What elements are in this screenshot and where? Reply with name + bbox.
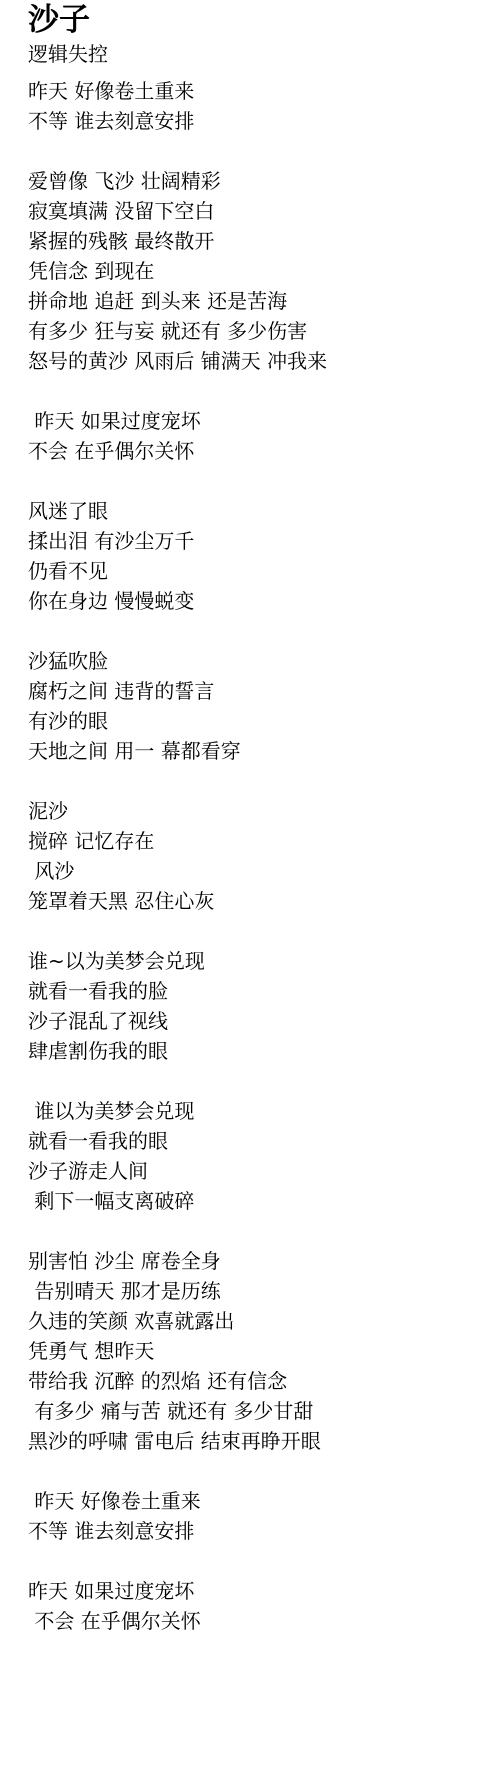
lyrics-line: 沙子混乱了视线 <box>28 1006 490 1036</box>
lyrics-line: 搅碎 记忆存在 <box>28 826 490 856</box>
lyrics-line: 剩下一幅支离破碎 <box>28 1186 490 1216</box>
lyrics-stanza: 昨天 如果过度宠坏 不会 在乎偶尔关怀 <box>28 1576 490 1636</box>
lyrics-line: 谁~以为美梦会兑现 <box>28 946 490 976</box>
lyrics-line: 拼命地 追赶 到头来 还是苦海 <box>28 286 490 316</box>
lyrics-line: 不会 在乎偶尔关怀 <box>28 436 490 466</box>
lyrics: 昨天 好像卷土重来不等 谁去刻意安排爱曾像 飞沙 壮阔精彩寂寞填满 没留下空白紧… <box>28 76 490 1636</box>
lyrics-line: 昨天 好像卷土重来 <box>28 76 490 106</box>
lyrics-stanza: 谁以为美梦会兑现就看一看我的眼沙子游走人间 剩下一幅支离破碎 <box>28 1096 490 1216</box>
lyrics-stanza: 爱曾像 飞沙 壮阔精彩寂寞填满 没留下空白紧握的残骸 最终散开凭信念 到现在拼命… <box>28 166 490 376</box>
lyrics-stanza: 泥沙搅碎 记忆存在 风沙笼罩着天黑 忍住心灰 <box>28 796 490 916</box>
lyrics-line: 别害怕 沙尘 席卷全身 <box>28 1246 490 1276</box>
lyrics-line: 带给我 沉醉 的烈焰 还有信念 <box>28 1366 490 1396</box>
lyrics-line: 腐朽之间 违背的誓言 <box>28 676 490 706</box>
lyrics-line: 紧握的残骸 最终散开 <box>28 226 490 256</box>
lyrics-line: 笼罩着天黑 忍住心灰 <box>28 886 490 916</box>
lyrics-line: 就看一看我的脸 <box>28 976 490 1006</box>
lyrics-line: 风迷了眼 <box>28 496 490 526</box>
lyrics-line: 昨天 好像卷土重来 <box>28 1486 490 1516</box>
lyrics-line: 凭勇气 想昨天 <box>28 1336 490 1366</box>
lyrics-line: 有多少 痛与苦 就还有 多少甘甜 <box>28 1396 490 1426</box>
lyrics-line: 谁以为美梦会兑现 <box>28 1096 490 1126</box>
lyrics-line: 久违的笑颜 欢喜就露出 <box>28 1306 490 1336</box>
lyrics-line: 告别晴天 那才是历练 <box>28 1276 490 1306</box>
lyrics-stanza: 沙猛吹脸腐朽之间 违背的誓言有沙的眼天地之间 用一 幕都看穿 <box>28 646 490 766</box>
lyrics-line: 沙子游走人间 <box>28 1156 490 1186</box>
lyrics-line: 寂寞填满 没留下空白 <box>28 196 490 226</box>
lyrics-page: 沙子 逻辑失控 昨天 好像卷土重来不等 谁去刻意安排爱曾像 飞沙 壮阔精彩寂寞填… <box>0 0 500 1636</box>
lyrics-line: 天地之间 用一 幕都看穿 <box>28 736 490 766</box>
lyrics-stanza: 昨天 好像卷土重来不等 谁去刻意安排 <box>28 1486 490 1546</box>
lyrics-line: 黑沙的呼啸 雷电后 结束再睁开眼 <box>28 1426 490 1456</box>
lyrics-line: 不会 在乎偶尔关怀 <box>28 1606 490 1636</box>
song-title: 沙子 <box>28 2 490 39</box>
lyrics-line: 怒号的黄沙 风雨后 铺满天 冲我来 <box>28 346 490 376</box>
artist-name: 逻辑失控 <box>28 39 490 69</box>
lyrics-line: 肆虐割伤我的眼 <box>28 1036 490 1066</box>
lyrics-line: 爱曾像 飞沙 壮阔精彩 <box>28 166 490 196</box>
lyrics-line: 你在身边 慢慢蜕变 <box>28 586 490 616</box>
lyrics-line: 沙猛吹脸 <box>28 646 490 676</box>
lyrics-stanza: 昨天 如果过度宠坏不会 在乎偶尔关怀 <box>28 406 490 466</box>
lyrics-line: 昨天 如果过度宠坏 <box>28 406 490 436</box>
lyrics-line: 风沙 <box>28 856 490 886</box>
lyrics-line: 仍看不见 <box>28 556 490 586</box>
lyrics-line: 昨天 如果过度宠坏 <box>28 1576 490 1606</box>
lyrics-line: 凭信念 到现在 <box>28 256 490 286</box>
lyrics-stanza: 别害怕 沙尘 席卷全身 告别晴天 那才是历练久违的笑颜 欢喜就露出凭勇气 想昨天… <box>28 1246 490 1456</box>
lyrics-line: 有多少 狂与妄 就还有 多少伤害 <box>28 316 490 346</box>
lyrics-line: 有沙的眼 <box>28 706 490 736</box>
lyrics-line: 就看一看我的眼 <box>28 1126 490 1156</box>
lyrics-line: 不等 谁去刻意安排 <box>28 106 490 136</box>
lyrics-line: 不等 谁去刻意安排 <box>28 1516 490 1546</box>
lyrics-stanza: 昨天 好像卷土重来不等 谁去刻意安排 <box>28 76 490 136</box>
lyrics-line: 揉出泪 有沙尘万千 <box>28 526 490 556</box>
lyrics-line: 泥沙 <box>28 796 490 826</box>
lyrics-stanza: 谁~以为美梦会兑现就看一看我的脸沙子混乱了视线肆虐割伤我的眼 <box>28 946 490 1066</box>
lyrics-stanza: 风迷了眼揉出泪 有沙尘万千仍看不见你在身边 慢慢蜕变 <box>28 496 490 616</box>
